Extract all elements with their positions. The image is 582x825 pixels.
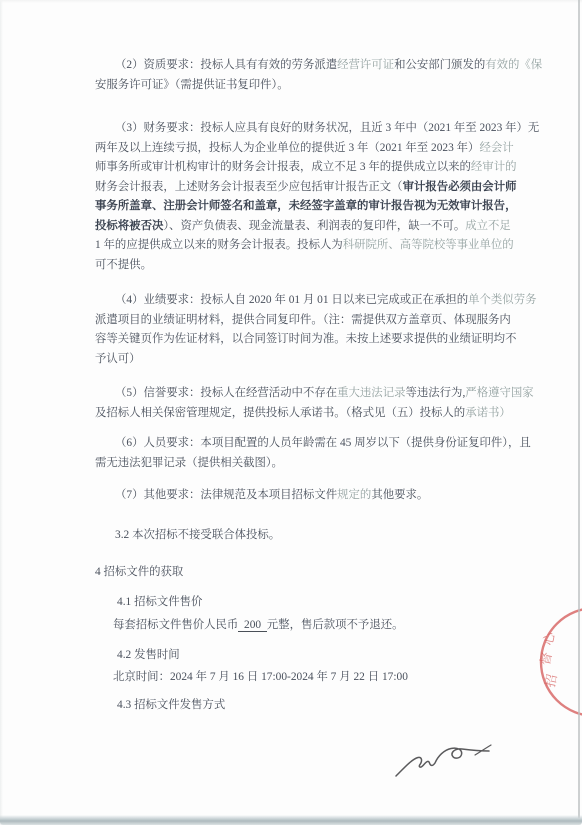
text-line: 两年及以上连续亏损，投标人为企业单位的提供近 3 年（2021 年至 2023 … <box>95 139 531 159</box>
text-segment: 予认可） <box>95 353 141 365</box>
text-segment: （6）人员要求：本项目配置的人员年龄需在 45 周岁以下（提供身份证复印件），且 <box>115 437 531 449</box>
handwritten-signature <box>391 741 495 785</box>
text-line: 北京时间：2024 年 7 月 16 日 17:00-2024 年 7 月 22… <box>95 668 531 688</box>
text-line: （2）资质要求：投标人具有有效的劳务派遣经营许可证和公安部门颁发的有效的《保 <box>95 56 531 76</box>
text-segment: 经会计 <box>479 142 513 154</box>
text-segment: 容等关键页作为佐证材料，以合同签订时间为准。未按上述要求提供的业绩证明均不 <box>95 333 516 345</box>
stamp-char-2: 督 <box>537 651 554 667</box>
text-segment: 经营许可证 <box>337 59 394 71</box>
text-line: （4）业绩要求：投标人自 2020 年 01 月 01 日以来已完成或正在承担的… <box>95 291 531 311</box>
subsection-sale-time: 4.2 发售时间 <box>95 646 531 666</box>
document-price-text: 每套招标文件售价人民币 200 元整，售后款项不予退还。 <box>95 616 531 636</box>
document-body: （2）资质要求：投标人具有有效的劳务派遣经营许可证和公安部门颁发的有效的《保安服… <box>95 0 531 715</box>
text-line: 予认可） <box>95 350 531 370</box>
subsection-document-price: 4.1 招标文件售价 <box>95 593 531 613</box>
text-segment: 1 年的应提供成立以来的财务会计报表。投标人为 <box>95 239 343 251</box>
text-segment: 严格遵守国家 <box>465 387 533 399</box>
text-segment: 安服务许可证》（需提供证书复印件）。 <box>95 79 289 91</box>
scanned-page: （2）资质要求：投标人具有有效的劳务派遣经营许可证和公安部门颁发的有效的《保安服… <box>0 0 582 825</box>
text-segment: 及招标人相关保密管理规定，提供投标人承诺书。（格式见（五）投标人的 <box>95 407 465 419</box>
text-line: 3.2 本次招标不接受联合体投标。 <box>95 526 531 546</box>
text-line: 4.2 发售时间 <box>95 646 531 666</box>
text-segment: 4 招标文件的获取 <box>95 566 183 578</box>
text-segment: 事务所盖章、注册会计师签名和盖章，未经签字盖章的审计报告视为无效审计报告， <box>95 200 516 212</box>
sale-time-text: 北京时间：2024 年 7 月 16 日 17:00-2024 年 7 月 22… <box>95 668 531 688</box>
text-segment: 承诺书） <box>465 407 511 419</box>
requirement-financial: （3）财务要求：投标人应具有良好的财务状况，且近 3 年中（2021 年至 20… <box>95 119 531 275</box>
requirement-qualification: （2）资质要求：投标人具有有效的劳务派遣经营许可证和公安部门颁发的有效的《保安服… <box>95 56 531 95</box>
text-segment: 元整，售后款项不予退还。 <box>267 619 404 631</box>
text-line: 师事务所或审计机构审计的财务会计报表，成立不足 3 年的提供成立以来的经审计的 <box>95 158 531 178</box>
text-segment: 师事务所或审计机构审计的财务会计报表，成立不足 3 年的提供成立以来的 <box>95 161 471 173</box>
page-edge-top <box>0 0 582 3</box>
text-line: 事务所盖章、注册会计师签名和盖章，未经签字盖章的审计报告视为无效审计报告， <box>95 197 531 217</box>
text-segment: 其他要求。 <box>371 489 428 501</box>
text-line: 安服务许可证》（需提供证书复印件）。 <box>95 76 531 96</box>
requirement-credit: （5）信誉要求：投标人在经营活动中不存在重大违法记录等违法行为,严格遵守国家及招… <box>95 384 531 423</box>
text-segment: 有效的《保 <box>485 59 542 71</box>
requirement-personnel: （6）人员要求：本项目配置的人员年龄需在 45 周岁以下（提供身份证复印件），且… <box>95 434 531 473</box>
text-segment: （7）其他要求：法律规范及本项目招标文件 <box>115 489 337 501</box>
text-line: 需无违法犯罪记录（提供相关截图）。 <box>95 454 531 474</box>
text-line: 投标将被否决）、资产负债表、现金流量表、利润表的复印件，缺一不可。成立不足 <box>95 217 531 237</box>
subsection-sale-method: 4.3 招标文件发售方式 <box>95 696 531 716</box>
text-line: 1 年的应提供成立以来的财务会计报表。投标人为科研院所、高等院校等事业单位的 <box>95 236 531 256</box>
text-segment: 财务会计报表，上述财务会计报表至少应包括审计报告正文（ <box>95 181 403 193</box>
text-segment: 4.2 发售时间 <box>117 649 180 661</box>
text-segment: 科研院所、高等院校等事业单位的 <box>343 239 514 251</box>
text-line: （3）财务要求：投标人应具有良好的财务状况，且近 3 年中（2021 年至 20… <box>95 119 531 139</box>
red-stamp-seal: 心 督 招 <box>536 600 582 726</box>
text-segment: 规定的 <box>337 489 371 501</box>
text-segment: （3）财务要求：投标人应具有良好的财务状况，且近 3 年中（2021 年至 20… <box>115 122 539 134</box>
text-segment: （5）信誉要求：投标人在经营活动中不存在 <box>115 387 337 399</box>
text-line: 派遣项目的业绩证明材料，提供合同复印件。（注：需提供双方盖章页、体现服务内 <box>95 311 531 331</box>
text-segment: （4）业绩要求：投标人自 2020 年 01 月 01 日以来已完成或正在承担的 <box>115 294 468 306</box>
text-segment: 需无违法犯罪记录（提供相关截图）。 <box>95 457 283 469</box>
text-segment: 可不提供。 <box>95 259 152 271</box>
stamp-char-1: 心 <box>540 630 558 647</box>
text-line: （7）其他要求：法律规范及本项目招标文件规定的其他要求。 <box>95 486 531 506</box>
text-segment: 审计报告必须由会计师 <box>403 181 517 193</box>
price-value: 200 <box>238 619 266 632</box>
text-segment: 4.1 招标文件售价 <box>117 596 202 608</box>
text-segment: 单个类似劳务 <box>468 294 536 306</box>
text-segment: （2）资质要求：投标人具有有效的劳务派遣 <box>115 59 337 71</box>
text-line: （6）人员要求：本项目配置的人员年龄需在 45 周岁以下（提供身份证复印件），且 <box>95 434 531 454</box>
text-segment: 投标将被否决 <box>95 220 163 232</box>
text-segment: 成立不足 <box>465 220 511 232</box>
text-line: 4.1 招标文件售价 <box>95 593 531 613</box>
text-line: 4 招标文件的获取 <box>95 563 531 583</box>
text-segment: ）、资产负债表、现金流量表、利润表的复印件，缺一不可。 <box>163 220 465 232</box>
text-segment: 3.2 本次招标不接受联合体投标。 <box>115 529 280 541</box>
page-edge-bottom <box>0 815 582 825</box>
text-line: 财务会计报表，上述财务会计报表至少应包括审计报告正文（审计报告必须由会计师 <box>95 178 531 198</box>
text-segment: 每套招标文件售价人民币 <box>113 619 238 631</box>
text-segment: 等违法行为, <box>405 387 465 399</box>
page-edge-left <box>0 0 3 825</box>
text-segment: 经审计的 <box>471 161 517 173</box>
text-line: （5）信誉要求：投标人在经营活动中不存在重大违法记录等违法行为,严格遵守国家 <box>95 384 531 404</box>
text-segment: 4.3 招标文件发售方式 <box>117 699 225 711</box>
text-segment: 两年及以上连续亏损，投标人为企业单位的提供近 3 年（2021 年至 2023 … <box>95 142 479 154</box>
text-line: 每套招标文件售价人民币 200 元整，售后款项不予退还。 <box>95 616 531 636</box>
text-segment: 北京时间：2024 年 7 月 16 日 17:00-2024 年 7 月 22… <box>113 671 408 683</box>
page-edge-right <box>578 0 580 820</box>
text-segment: 派遣项目的业绩证明材料，提供合同复印件。（注：需提供双方盖章页、体现服务内 <box>95 314 511 326</box>
text-line: 及招标人相关保密管理规定，提供投标人承诺书。（格式见（五）投标人的承诺书） <box>95 404 531 424</box>
text-segment: 和公安部门颁发的 <box>394 59 485 71</box>
text-segment: 重大违法记录 <box>337 387 405 399</box>
text-line: 容等关键页作为佐证材料，以合同签订时间为准。未按上述要求提供的业绩证明均不 <box>95 330 531 350</box>
signature-stroke <box>396 748 489 776</box>
text-line: 可不提供。 <box>95 256 531 276</box>
requirement-performance: （4）业绩要求：投标人自 2020 年 01 月 01 日以来已完成或正在承担的… <box>95 291 531 369</box>
stamp-char-3: 招 <box>542 673 559 689</box>
section-heading-document-acquisition: 4 招标文件的获取 <box>95 563 531 583</box>
requirement-other: （7）其他要求：法律规范及本项目招标文件规定的其他要求。 <box>95 486 531 506</box>
text-line: 4.3 招标文件发售方式 <box>95 696 531 716</box>
clause-no-consortium: 3.2 本次招标不接受联合体投标。 <box>95 526 531 546</box>
